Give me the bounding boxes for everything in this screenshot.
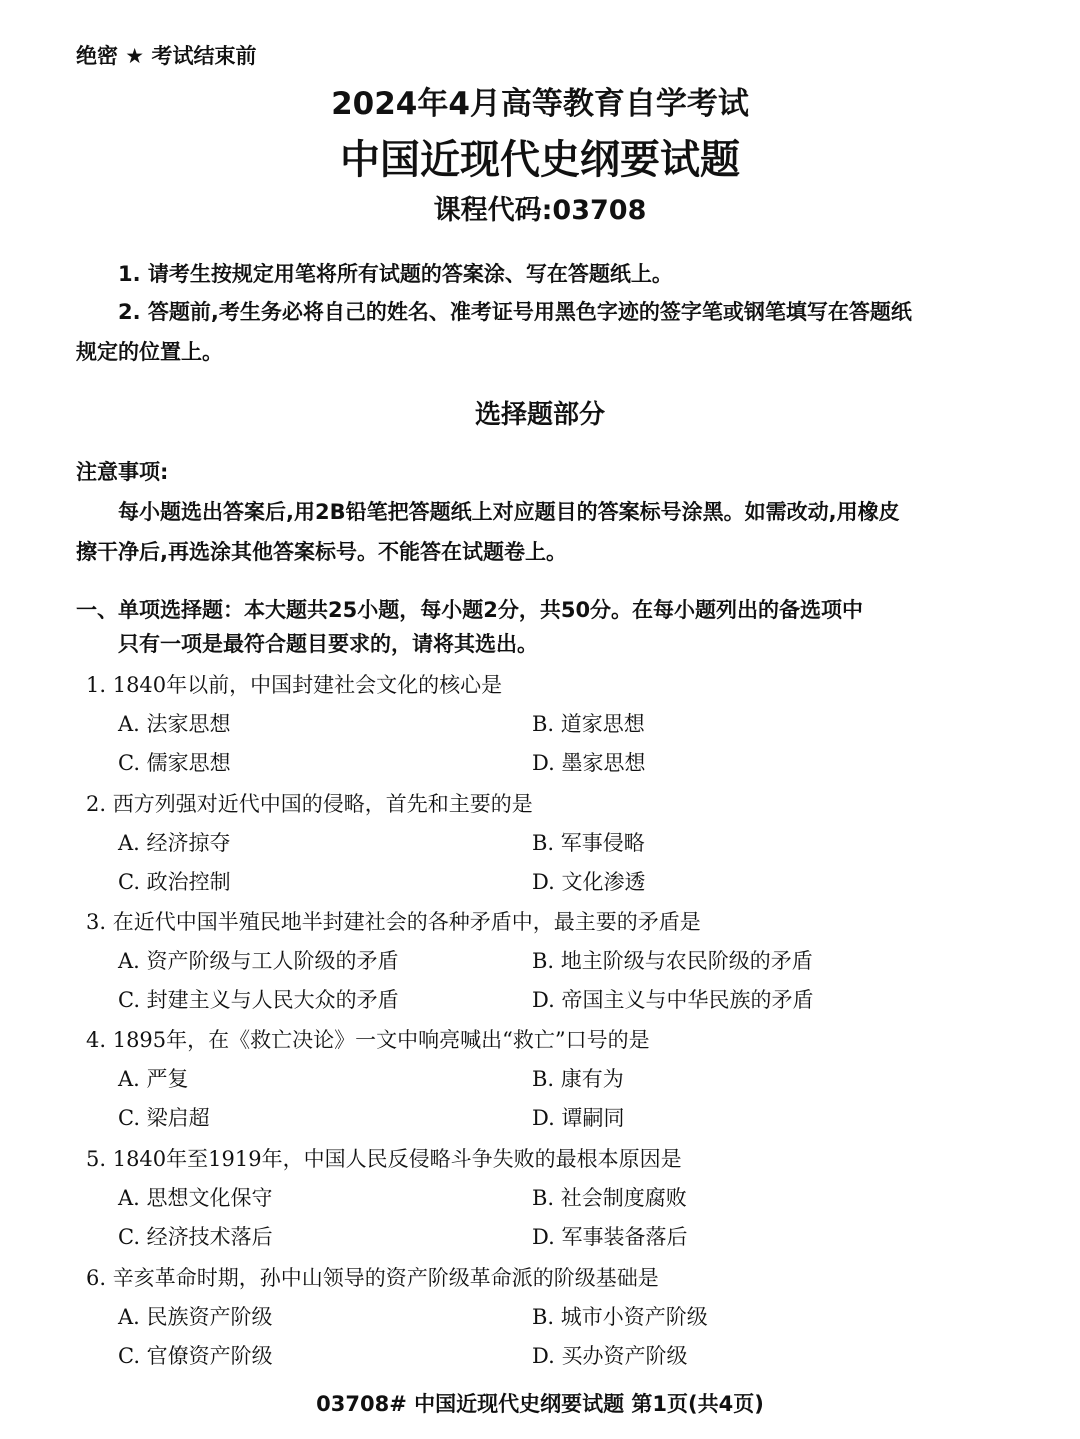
question-option: D. 帝国主义与中华民族的矛盾 <box>532 984 813 1014</box>
question-option: D. 买办资产阶级 <box>532 1340 687 1370</box>
question-option: A. 经济掠夺 <box>118 827 231 857</box>
page-footer: 03708# 中国近现代史纲要试题 第1页(共4页) <box>0 1388 1080 1418</box>
part-one-header: 一、单项选择题：本大题共25小题，每小题2分，共50分。在每小题列出的备选项中 <box>76 594 863 624</box>
question-option: D. 文化渗透 <box>532 866 645 896</box>
question-option: C. 官僚资产阶级 <box>118 1340 273 1370</box>
question-option: B. 社会制度腐败 <box>532 1182 687 1212</box>
question-option: B. 康有为 <box>532 1063 624 1093</box>
instruction-1: 1. 请考生按规定用笔将所有试题的答案涂、写在答题纸上。 <box>118 258 673 288</box>
question-option: B. 城市小资产阶级 <box>532 1301 708 1331</box>
question-option: C. 梁启超 <box>118 1102 210 1132</box>
question-option: C. 封建主义与人民大众的矛盾 <box>118 984 399 1014</box>
question-option: B. 地主阶级与农民阶级的矛盾 <box>532 945 813 975</box>
notes-text-1: 每小题选出答案后,用2B铅笔把答题纸上对应题目的答案标号涂黑。如需改动,用橡皮 <box>118 496 900 526</box>
question-option: D. 军事装备落后 <box>532 1221 687 1251</box>
question-stem: 2. 西方列强对近代中国的侵略，首先和主要的是 <box>86 788 533 818</box>
confidential-label: 绝密 ★ 考试结束前 <box>76 40 256 70</box>
question-option: C. 经济技术落后 <box>118 1221 273 1251</box>
question-option: C. 儒家思想 <box>118 747 231 777</box>
question-option: B. 军事侵略 <box>532 827 645 857</box>
instruction-2: 2. 答题前,考生务必将自己的姓名、准考证号用黑色字迹的签字笔或钢笔填写在答题纸 <box>118 296 912 326</box>
subject-title: 中国近现代史纲要试题 <box>0 128 1080 185</box>
question-stem: 3. 在近代中国半殖民地半封建社会的各种矛盾中，最主要的矛盾是 <box>86 906 701 936</box>
question-stem: 4. 1895年，在《救亡决论》一文中响亮喊出“救亡”口号的是 <box>86 1024 650 1054</box>
section-title: 选择题部分 <box>0 394 1080 431</box>
notes-text-2: 擦干净后,再选涂其他答案标号。不能答在试题卷上。 <box>76 536 567 566</box>
part-one-header-continued: 只有一项是最符合题目要求的，请将其选出。 <box>118 628 538 658</box>
notes-label: 注意事项: <box>76 456 168 486</box>
exam-title: 2024年4月高等教育自学考试 <box>0 78 1080 123</box>
question-stem: 5. 1840年至1919年，中国人民反侵略斗争失败的最根本原因是 <box>86 1143 682 1173</box>
question-option: D. 谭嗣同 <box>532 1102 624 1132</box>
course-code: 课程代码:03708 <box>0 188 1080 227</box>
question-option: A. 法家思想 <box>118 708 231 738</box>
question-option: D. 墨家思想 <box>532 747 645 777</box>
question-option: A. 思想文化保守 <box>118 1182 273 1212</box>
question-stem: 6. 辛亥革命时期，孙中山领导的资产阶级革命派的阶级基础是 <box>86 1262 659 1292</box>
question-option: A. 资产阶级与工人阶级的矛盾 <box>118 945 399 975</box>
question-option: C. 政治控制 <box>118 866 231 896</box>
question-option: B. 道家思想 <box>532 708 645 738</box>
instruction-2-continued: 规定的位置上。 <box>76 336 223 366</box>
question-stem: 1. 1840年以前，中国封建社会文化的核心是 <box>86 669 502 699</box>
question-option: A. 严复 <box>118 1063 189 1093</box>
question-option: A. 民族资产阶级 <box>118 1301 273 1331</box>
